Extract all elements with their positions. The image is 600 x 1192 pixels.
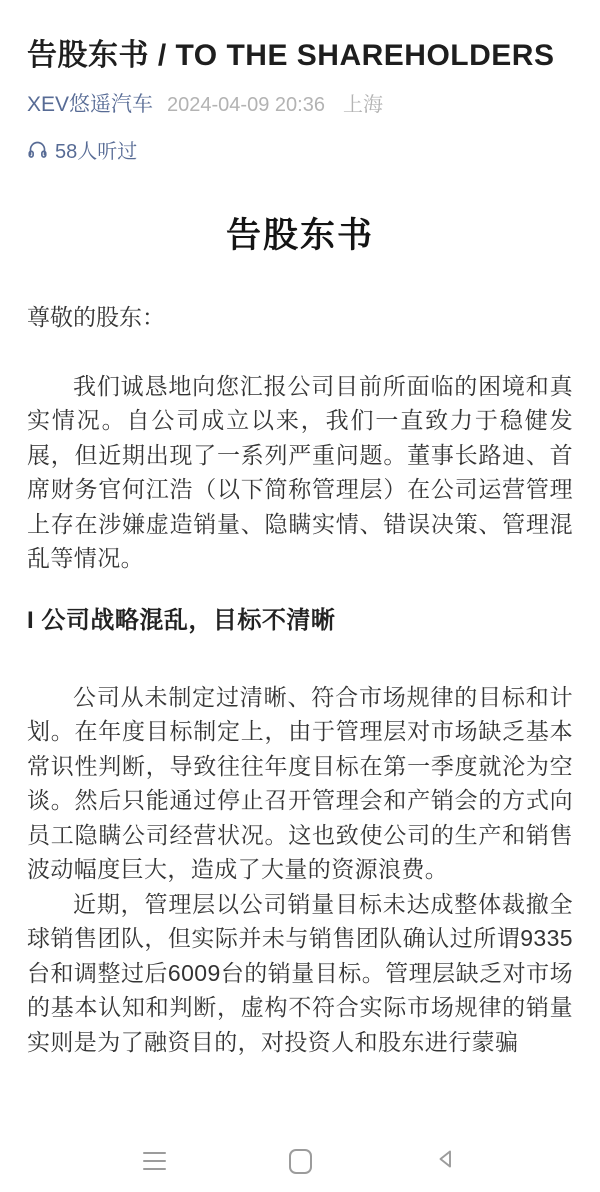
headphones-icon	[27, 139, 48, 160]
account-link[interactable]: XEV悠遥汽车	[27, 93, 153, 116]
home-button[interactable]	[287, 1148, 313, 1174]
paragraph-3: 近期，管理层以公司销量目标未达成整体裁撤全球销售团队，但实际并未与销售团队确认过…	[27, 887, 573, 1060]
paragraph-2: 公司从未制定过清晰、符合市场规律的目标和计划。在年度目标制定上，由于管理层对市场…	[27, 680, 573, 887]
paragraph-1: 我们诚恳地向您汇报公司目前所面临的困境和真实情况。自公司成立以来，我们一直致力于…	[27, 369, 573, 576]
article-meta: XEV悠遥汽车 2024-04-09 20:36 上海	[27, 93, 573, 117]
salutation: 尊敬的股东：	[27, 300, 573, 335]
listen-button[interactable]: 58人听过	[27, 135, 137, 164]
menu-icon	[143, 1152, 166, 1170]
home-icon	[289, 1149, 312, 1174]
article-heading: 告股东书	[27, 214, 573, 258]
back-icon	[434, 1147, 458, 1176]
section-heading: I 公司战略混乱，目标不清晰	[27, 606, 573, 636]
page-title: 告股东书 / TO THE SHAREHOLDERS	[27, 0, 573, 81]
listen-count: 58人听过	[55, 135, 137, 164]
article-page: 告股东书 / TO THE SHAREHOLDERS XEV悠遥汽车 2024-…	[0, 0, 600, 1192]
android-nav-bar	[0, 1130, 600, 1192]
back-button[interactable]	[433, 1148, 459, 1174]
publish-time: 2024-04-09 20:36	[167, 94, 325, 117]
publish-location: 上海	[343, 94, 383, 117]
menu-button[interactable]	[141, 1148, 167, 1174]
